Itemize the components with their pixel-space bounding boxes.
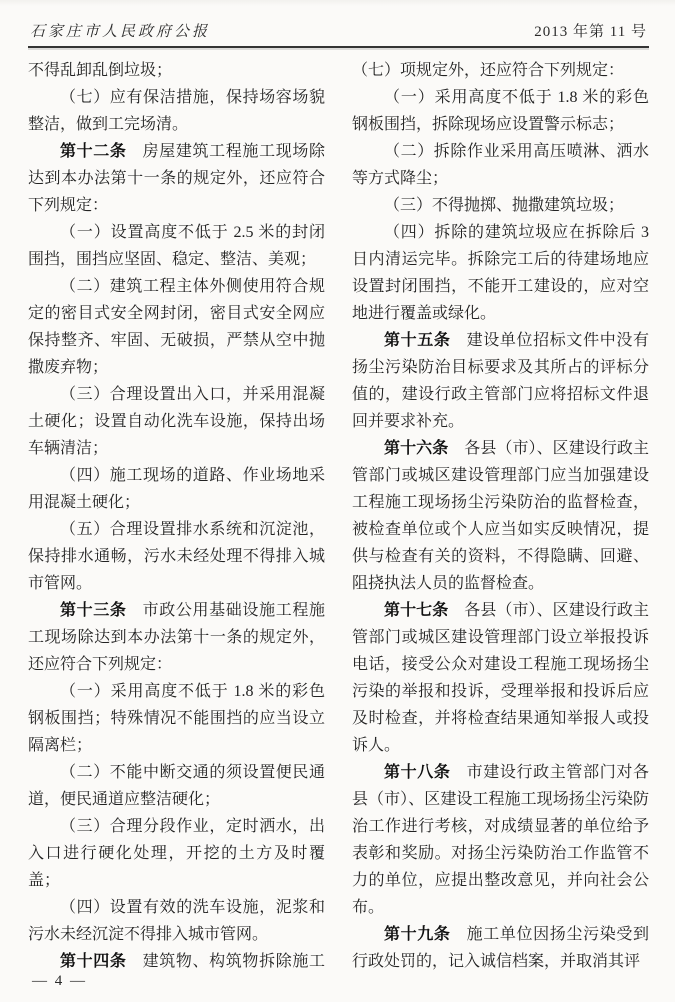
article-number: 第十二条	[60, 143, 127, 160]
article-number: 第十三条	[60, 602, 127, 619]
issue-number: 2013 年第 11 号	[534, 20, 647, 41]
publication-title: 石家庄市人民政府公报	[30, 20, 210, 41]
header-rule	[28, 46, 649, 48]
paragraph: （二）建筑工程主体外侧使用符合规定的密目式安全网封闭，密目式安全网应保持整齐、牢…	[28, 273, 325, 381]
paragraph: 第十六条各县（市）、区建设行政主管部门或城区建设管理部门应当加强建设工程施工现场…	[352, 435, 649, 597]
paragraph: 第十七条各县（市）、区建设行政主管部门或城区建设管理部门设立举报投诉电话，接受公…	[352, 597, 649, 759]
paragraph: （三）合理设置出入口，并采用混凝土硬化；设置自动化洗车设施，保持出场车辆清洁；	[28, 381, 325, 462]
paragraph: （七）项规定外，还应符合下列规定：	[352, 57, 649, 84]
article-number: 第十五条	[384, 332, 451, 349]
gazette-page: 石家庄市人民政府公报 2013 年第 11 号 不得乱卸乱倒垃圾；（七）应有保洁…	[0, 0, 675, 1002]
paragraph: （二）拆除作业采用高压喷淋、洒水等方式降尘；	[352, 138, 649, 192]
page-number: — 4 —	[32, 973, 87, 990]
paragraph: 第十八条市建设行政主管部门对各县（市）、区建设工程施工现场扬尘污染防治工作进行考…	[352, 759, 649, 921]
article-number: 第十八条	[384, 764, 451, 781]
paragraph: 第十九条施工单位因扬尘污染受到行政处罚的，记入诚信档案，并取消其评	[352, 921, 649, 975]
paragraph: （四）拆除的建筑垃圾应在拆除后 3 日内清运完毕。拆除完工后的待建场地应设置封闭…	[352, 219, 649, 327]
paragraph: （三）不得抛掷、抛撒建筑垃圾；	[352, 192, 649, 219]
article-body: 不得乱卸乱倒垃圾；（七）应有保洁措施，保持场容场貌整洁，做到工完场清。第十二条房…	[28, 57, 649, 979]
paragraph: 第十五条建设单位招标文件中没有扬尘污染防治目标要求及其所占的评标分值的，建设行政…	[352, 327, 649, 435]
paragraph: （三）合理分段作业，定时洒水，出入口进行硬化处理，开挖的土方及时覆盖；	[28, 813, 325, 894]
paragraph: （一）采用高度不低于 1.8 米的彩色钢板围挡；特殊情况不能围挡的应当设立隔离栏…	[28, 678, 325, 759]
column-left: 不得乱卸乱倒垃圾；（七）应有保洁措施，保持场容场貌整洁，做到工完场清。第十二条房…	[28, 57, 325, 979]
article-number: 第十六条	[384, 440, 448, 457]
paragraph: （四）设置有效的洗车设施，泥浆和污水未经沉淀不得排入城市管网。	[28, 894, 325, 948]
paragraph: 第十三条市政公用基础设施工程施工现场除达到本办法第十一条的规定外，还应符合下列规…	[28, 597, 325, 678]
paragraph: （七）应有保洁措施，保持场容场貌整洁，做到工完场清。	[28, 84, 325, 138]
paragraph: （一）采用高度不低于 1.8 米的彩色钢板围挡，拆除现场应设置警示标志；	[352, 84, 649, 138]
paragraph: （一）设置高度不低于 2.5 米的封闭围挡，围挡应坚固、稳定、整洁、美观；	[28, 219, 325, 273]
paragraph: （二）不能中断交通的须设置便民通道，便民通道应整洁硬化；	[28, 759, 325, 813]
article-number: 第十九条	[384, 926, 451, 943]
paragraph: （五）合理设置排水系统和沉淀池，保持排水通畅，污水未经处理不得排入城市管网。	[28, 516, 325, 597]
article-number: 第十七条	[384, 602, 448, 619]
article-number: 第十四条	[60, 953, 127, 970]
paragraph: （四）施工现场的道路、作业场地采用混凝土硬化；	[28, 462, 325, 516]
paragraph: 第十二条房屋建筑工程施工现场除达到本办法第十一条的规定外，还应符合下列规定：	[28, 138, 325, 219]
masthead: 石家庄市人民政府公报 2013 年第 11 号	[28, 13, 649, 41]
column-right: （七）项规定外，还应符合下列规定：（一）采用高度不低于 1.8 米的彩色钢板围挡…	[352, 57, 649, 979]
paragraph: 不得乱卸乱倒垃圾；	[28, 57, 325, 84]
